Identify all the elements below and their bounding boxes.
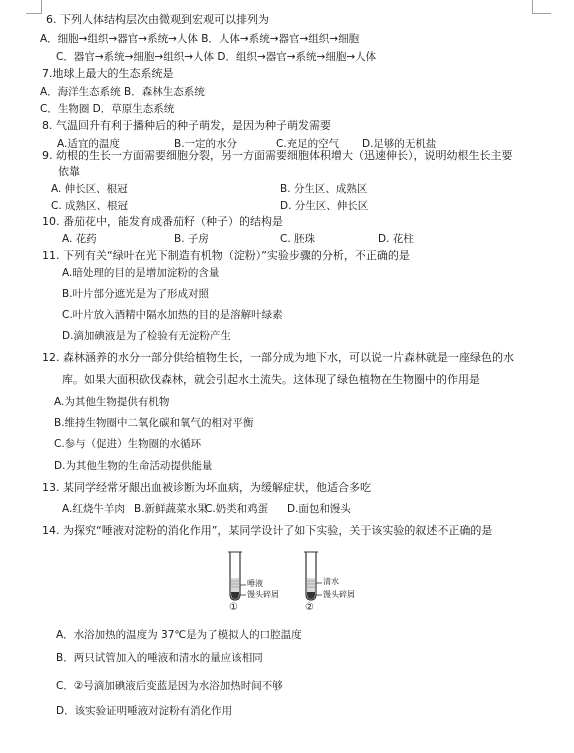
option-c: C.叶片放入酒精中隔水加热的目的是溶解叶绿素 <box>62 308 283 322</box>
question-stem: 9. 幼根的生长一方面需要细胞分裂，另一方面需要细胞体积增大（迅速伸长），说明幼… <box>42 149 513 163</box>
option-c: C. 成熟区、根冠 <box>51 199 128 213</box>
tube1-number: ① <box>229 602 238 614</box>
tube2-solid-label: 馒头碎屑 <box>323 590 355 600</box>
question-stem: 10. 番茄花中，能发育成番茄籽（种子）的结构是 <box>42 215 283 229</box>
question-stem-continued: 依靠 <box>58 165 80 179</box>
option-a: A.红烧牛羊肉 <box>62 502 125 516</box>
question-stem-continued: 库。如果大面积砍伐森林，就会引起水土流失。这体现了绿色植物在生物圈中的作用是 <box>62 373 480 387</box>
question-stem: 12. 森林涵养的水分一部分供给植物生长，一部分成为地下水，可以说一片森林就是一… <box>42 351 514 365</box>
option-b: B．两只试管加入的唾液和清水的量应该相同 <box>56 651 263 665</box>
option-c: C. 胚珠 <box>280 232 315 246</box>
tube1-liquid-label: 唾液 <box>247 579 263 589</box>
option-a: A. 花药 <box>62 232 97 246</box>
tube2-liquid-label: 清水 <box>323 577 339 587</box>
option-d: D．该实验证明唾液对淀粉有消化作用 <box>56 704 232 718</box>
option-c: C．②号滴加碘液后变蓝是因为水浴加热时间不够 <box>56 679 283 693</box>
option-a: A.为其他生物提供有机物 <box>54 395 169 409</box>
test-tube-figure: 唾液 馒头碎屑 ① 清水 馒头碎屑 ② <box>222 550 362 616</box>
test-tubes-icon <box>222 550 362 616</box>
option-b: B. 分生区、成熟区 <box>280 182 367 196</box>
option-b: B. 子房 <box>174 232 209 246</box>
tube1-solid-label: 馒头碎屑 <box>247 590 279 600</box>
options-line: A．海洋生态系统 B．森林生态系统 <box>40 85 205 99</box>
page-corner-mark-top-right <box>532 0 551 14</box>
question-stem: 6. 下列人体结构层次由微观到宏观可以排列为 <box>46 13 269 27</box>
question-stem: 8. 气温回升有利于播种后的种子萌发，是因为种子萌发需要 <box>42 119 331 133</box>
option-a: A. 伸长区、根冠 <box>51 182 128 196</box>
options-line: C．生物圈 D．草原生态系统 <box>40 102 174 116</box>
option-a: A．水浴加热的温度为 37℃是为了模拟人的口腔温度 <box>56 628 302 642</box>
question-stem: 13. 某同学经常牙龈出血被诊断为坏血病，为缓解症状，他适合多吃 <box>42 481 371 495</box>
question-stem: 11. 下列有关“绿叶在光下制造有机物（淀粉）”实验步骤的分析，不正确的是 <box>42 249 410 263</box>
question-stem: 14. 为探究“唾液对淀粉的消化作用”，某同学设计了如下实验，关于该实验的叙述不… <box>42 524 492 538</box>
option-c: C.参与（促进）生物圈的水循环 <box>54 437 201 451</box>
option-b: B.维持生物圈中二氧化碳和氧气的相对平衡 <box>54 416 254 430</box>
option-b: B.新鲜蔬菜水果 <box>134 502 208 516</box>
option-b: B.叶片部分遮光是为了形成对照 <box>62 287 209 301</box>
options-line: C．器官→系统→细胞→组织→人体 D．组织→器官→系统→细胞→人体 <box>56 50 376 64</box>
options-line: A．细胞→组织→器官→系统→人体 B．人体→系统→器官→组织→细胞 <box>40 32 359 46</box>
option-d: D.为其他生物的生命活动提供能量 <box>54 459 212 473</box>
question-stem: 7.地球上最大的生态系统是 <box>42 67 174 81</box>
option-d: D.滴加碘液是为了检验有无淀粉产生 <box>62 329 231 343</box>
option-d: D.面包和馒头 <box>287 502 351 516</box>
tube2-number: ② <box>305 602 314 614</box>
option-d: D. 花柱 <box>378 232 414 246</box>
option-a: A.暗处理的目的是增加淀粉的含量 <box>62 266 219 280</box>
page-corner-mark-top-left <box>26 0 42 14</box>
option-c: C.奶类和鸡蛋 <box>205 502 268 516</box>
option-d: D. 分生区、伸长区 <box>280 199 368 213</box>
